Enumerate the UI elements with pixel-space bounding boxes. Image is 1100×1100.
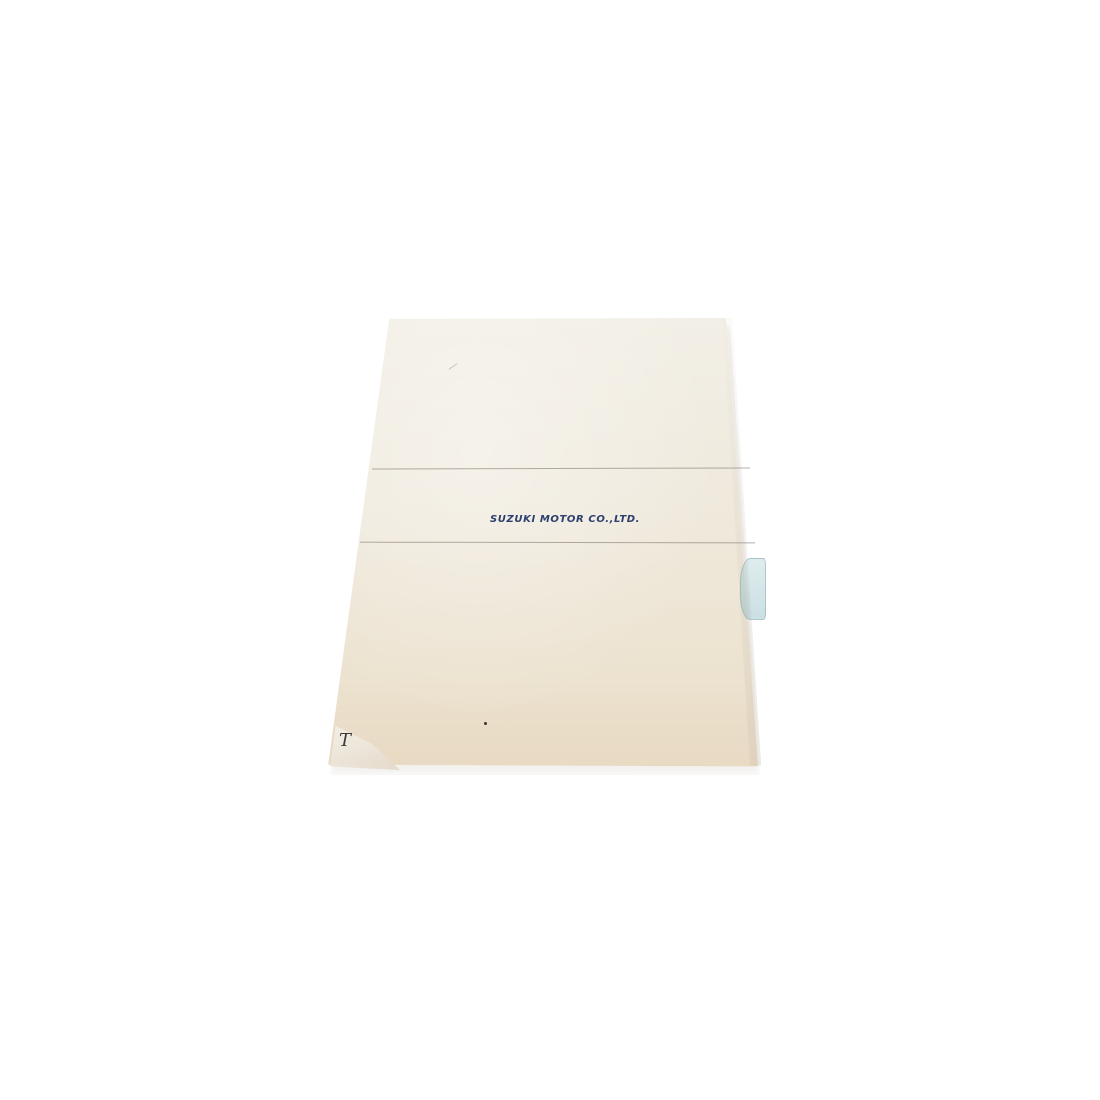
manual-back-cover (322, 318, 764, 770)
faded-stamp-icon (740, 558, 766, 620)
handwritten-initial: T (339, 730, 351, 751)
company-name: SUZUKI MOTOR CO.,LTD. (490, 514, 640, 525)
dirt-speck (484, 722, 487, 725)
photo-scene: SUZUKI MOTOR CO.,LTD. T (0, 0, 1100, 1100)
